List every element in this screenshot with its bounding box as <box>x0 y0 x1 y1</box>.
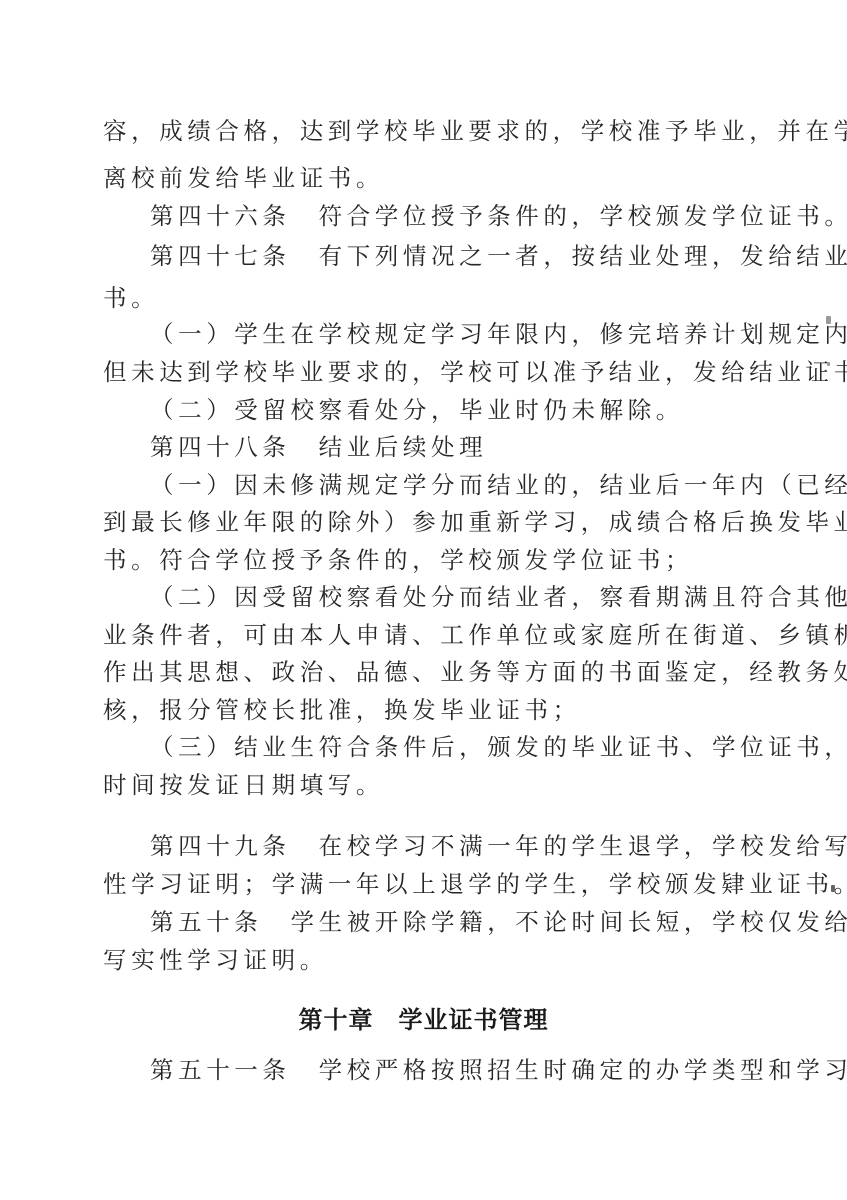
text-line-2: 离校前发给毕业证书。 <box>103 162 748 194</box>
article-47: 第四十七条 有下列情况之一者，按结业处理，发给结业证 <box>150 240 748 272</box>
article-47-item-2: （二）受留校察看处分，毕业时仍未解除。 <box>150 394 748 426</box>
text-line-7: 但未达到学校毕业要求的，学校可以准予结业，发给结业证书； <box>103 356 748 388</box>
text-line-20: 性学习证明；学满一年以上退学的学生，学校颁发肄业证书。 <box>103 868 748 900</box>
article-49: 第四十九条 在校学习不满一年的学生退学，学校发给写实 <box>150 830 748 862</box>
article-48: 第四十八条 结业后续处理 <box>150 431 748 463</box>
text-line-18: 时间按发证日期填写。 <box>103 769 748 801</box>
article-46: 第四十六条 符合学位授予条件的，学校颁发学位证书。 <box>150 200 748 232</box>
text-line-22: 写实性学习证明。 <box>103 944 748 976</box>
text-line-15: 作出其思想、政治、品德、业务等方面的书面鉴定，经教务处审 <box>103 656 748 688</box>
article-48-item-1: （一）因未修满规定学分而结业的，结业后一年内（已经达 <box>150 469 748 501</box>
article-48-item-2: （二）因受留校察看处分而结业者，察看期满且符合其他毕 <box>150 581 748 613</box>
text-line-16: 核，报分管校长批准，换发毕业证书； <box>103 694 748 726</box>
article-48-item-3: （三）结业生符合条件后，颁发的毕业证书、学位证书，其 <box>150 731 748 763</box>
document-page: 容，成绩合格，达到学校毕业要求的，学校准予毕业，并在学生 离校前发给毕业证书。 … <box>0 0 847 1200</box>
text-line-14: 业条件者，可由本人申请、工作单位或家庭所在街道、乡镇机关 <box>103 619 748 651</box>
chapter-heading: 第十章 学业证书管理 <box>0 1004 847 1036</box>
article-50: 第五十条 学生被开除学籍，不论时间长短，学校仅发给其 <box>150 906 748 938</box>
article-47-item-1: （一）学生在学校规定学习年限内，修完培养计划规定内容， <box>150 318 748 350</box>
article-51: 第五十一条 学校严格按照招生时确定的办学类型和学习形 <box>150 1054 748 1086</box>
scan-speck <box>831 885 835 892</box>
text-line-5: 书。 <box>103 282 748 314</box>
text-line-1: 容，成绩合格，达到学校毕业要求的，学校准予毕业，并在学生 <box>103 115 748 147</box>
text-line-11: 到最长修业年限的除外）参加重新学习，成绩合格后换发毕业证 <box>103 506 748 538</box>
scan-speck <box>827 362 830 366</box>
scan-speck <box>826 316 831 324</box>
text-line-12: 书。符合学位授予条件的，学校颁发学位证书； <box>103 544 748 576</box>
scan-speck <box>832 843 834 849</box>
